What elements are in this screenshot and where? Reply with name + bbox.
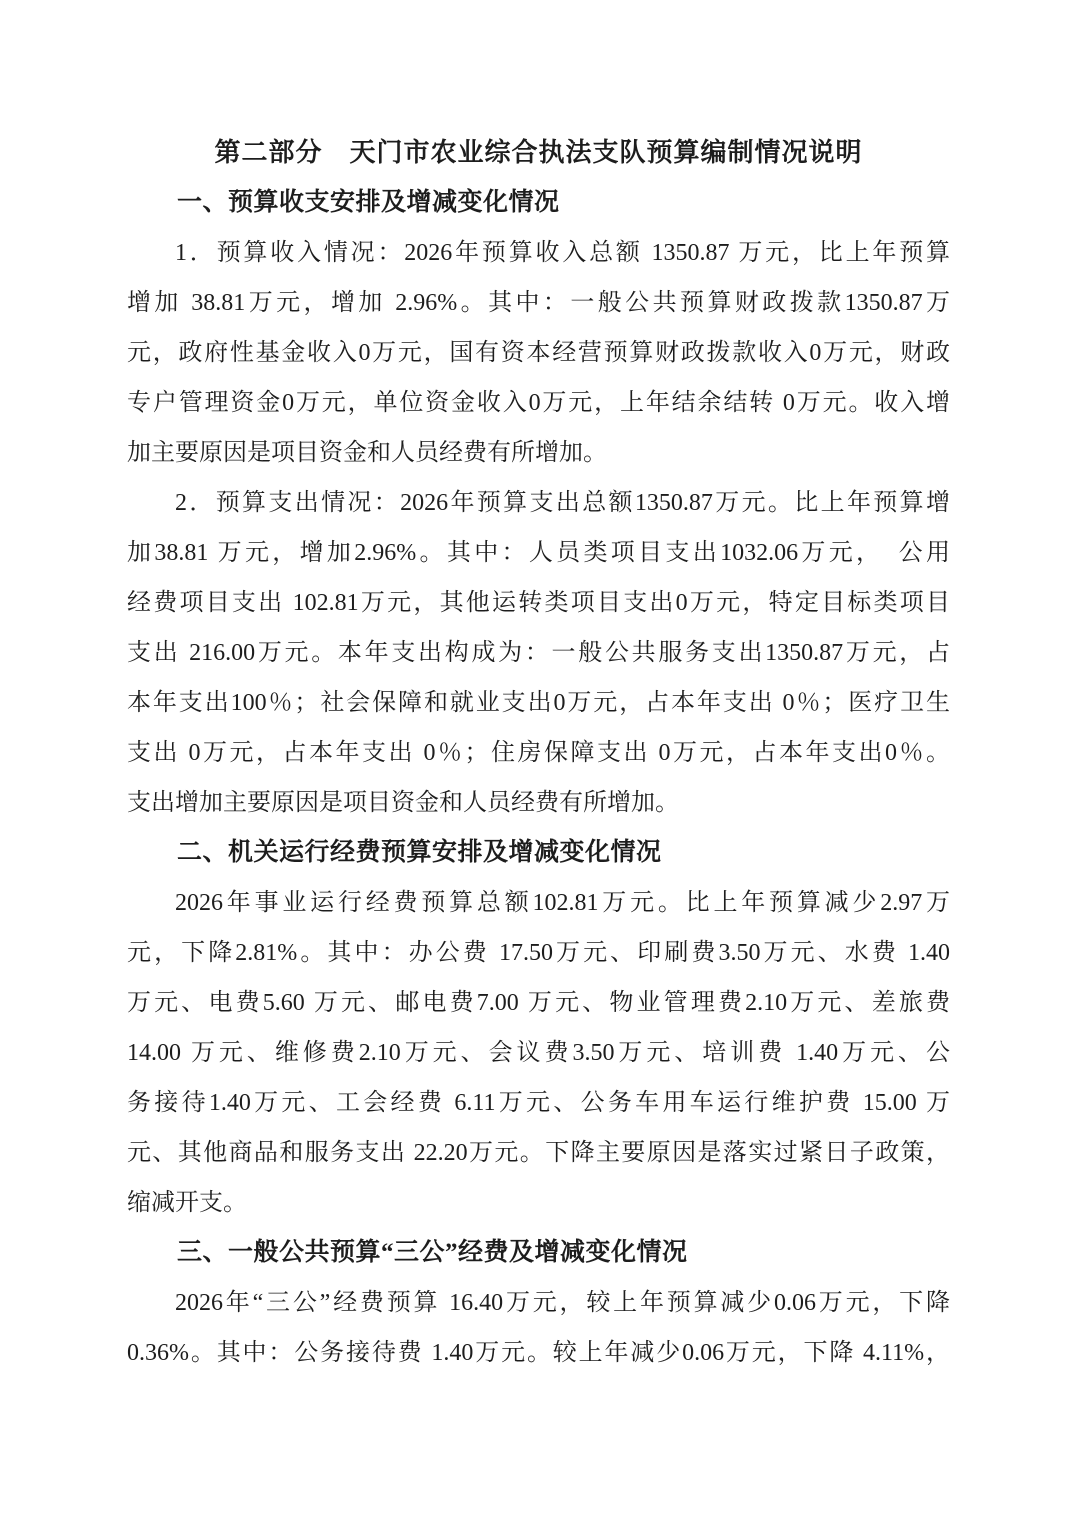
section-heading-3: 三、一般公共预算“三公”经费及增减变化情况: [127, 1228, 950, 1278]
text-line: 支出增加主要原因是项目资金和人员经费有所增加。: [127, 778, 950, 828]
section-heading-2: 二、机关运行经费预算安排及增减变化情况: [127, 828, 950, 878]
text-line: 专户管理资金0万元，单位资金收入0万元，上年结余结转 0万元。收入增: [127, 378, 950, 428]
text-line: 加38.81 万元，增加2.96%。其中：人员类项目支出1032.06万元， 公…: [127, 528, 950, 578]
text-line: 1．预算收入情况：2026年预算收入总额 1350.87 万元，比上年预算: [127, 228, 950, 278]
text-line: 加主要原因是项目资金和人员经费有所增加。: [127, 428, 950, 478]
text-line: 14.00 万元、维修费2.10万元、会议费3.50万元、培训费 1.40万元、…: [127, 1028, 950, 1078]
text-line: 2026年事业运行经费预算总额102.81万元。比上年预算减少2.97万: [127, 878, 950, 928]
text-line: 支出 0万元，占本年支出 0％；住房保障支出 0万元，占本年支出0％。: [127, 728, 950, 778]
text-line: 增加 38.81万元，增加 2.96%。其中：一般公共预算财政拨款1350.87…: [127, 278, 950, 328]
text-line: 2．预算支出情况：2026年预算支出总额1350.87万元。比上年预算增: [127, 478, 950, 528]
document-body: 一、预算收支安排及增减变化情况1．预算收入情况：2026年预算收入总额 1350…: [127, 178, 950, 1378]
text-line: 元、其他商品和服务支出 22.20万元。下降主要原因是落实过紧日子政策，: [127, 1128, 950, 1178]
text-line: 缩减开支。: [127, 1178, 950, 1228]
document-page: 第二部分 天门市农业综合执法支队预算编制情况说明 一、预算收支安排及增减变化情况…: [0, 0, 1075, 1520]
text-line: 支出 216.00万元。本年支出构成为：一般公共服务支出1350.87万元，占: [127, 628, 950, 678]
text-line: 经费项目支出 102.81万元，其他运转类项目支出0万元，特定目标类项目: [127, 578, 950, 628]
document-title: 第二部分 天门市农业综合执法支队预算编制情况说明: [127, 128, 950, 178]
text-line: 元，下降2.81%。其中：办公费 17.50万元、印刷费3.50万元、水费 1.…: [127, 928, 950, 978]
text-line: 0.36%。其中：公务接待费 1.40万元。较上年减少0.06万元，下降 4.1…: [127, 1328, 950, 1378]
section-heading-1: 一、预算收支安排及增减变化情况: [127, 178, 950, 228]
text-line: 本年支出100％；社会保障和就业支出0万元，占本年支出 0％；医疗卫生: [127, 678, 950, 728]
text-line: 元，政府性基金收入0万元，国有资本经营预算财政拨款收入0万元，财政: [127, 328, 950, 378]
text-line: 万元、电费5.60 万元、邮电费7.00 万元、物业管理费2.10万元、差旅费: [127, 978, 950, 1028]
text-line: 务接待1.40万元、工会经费 6.11万元、公务车用车运行维护费 15.00 万: [127, 1078, 950, 1128]
text-line: 2026年“三公”经费预算 16.40万元，较上年预算减少0.06万元，下降: [127, 1278, 950, 1328]
